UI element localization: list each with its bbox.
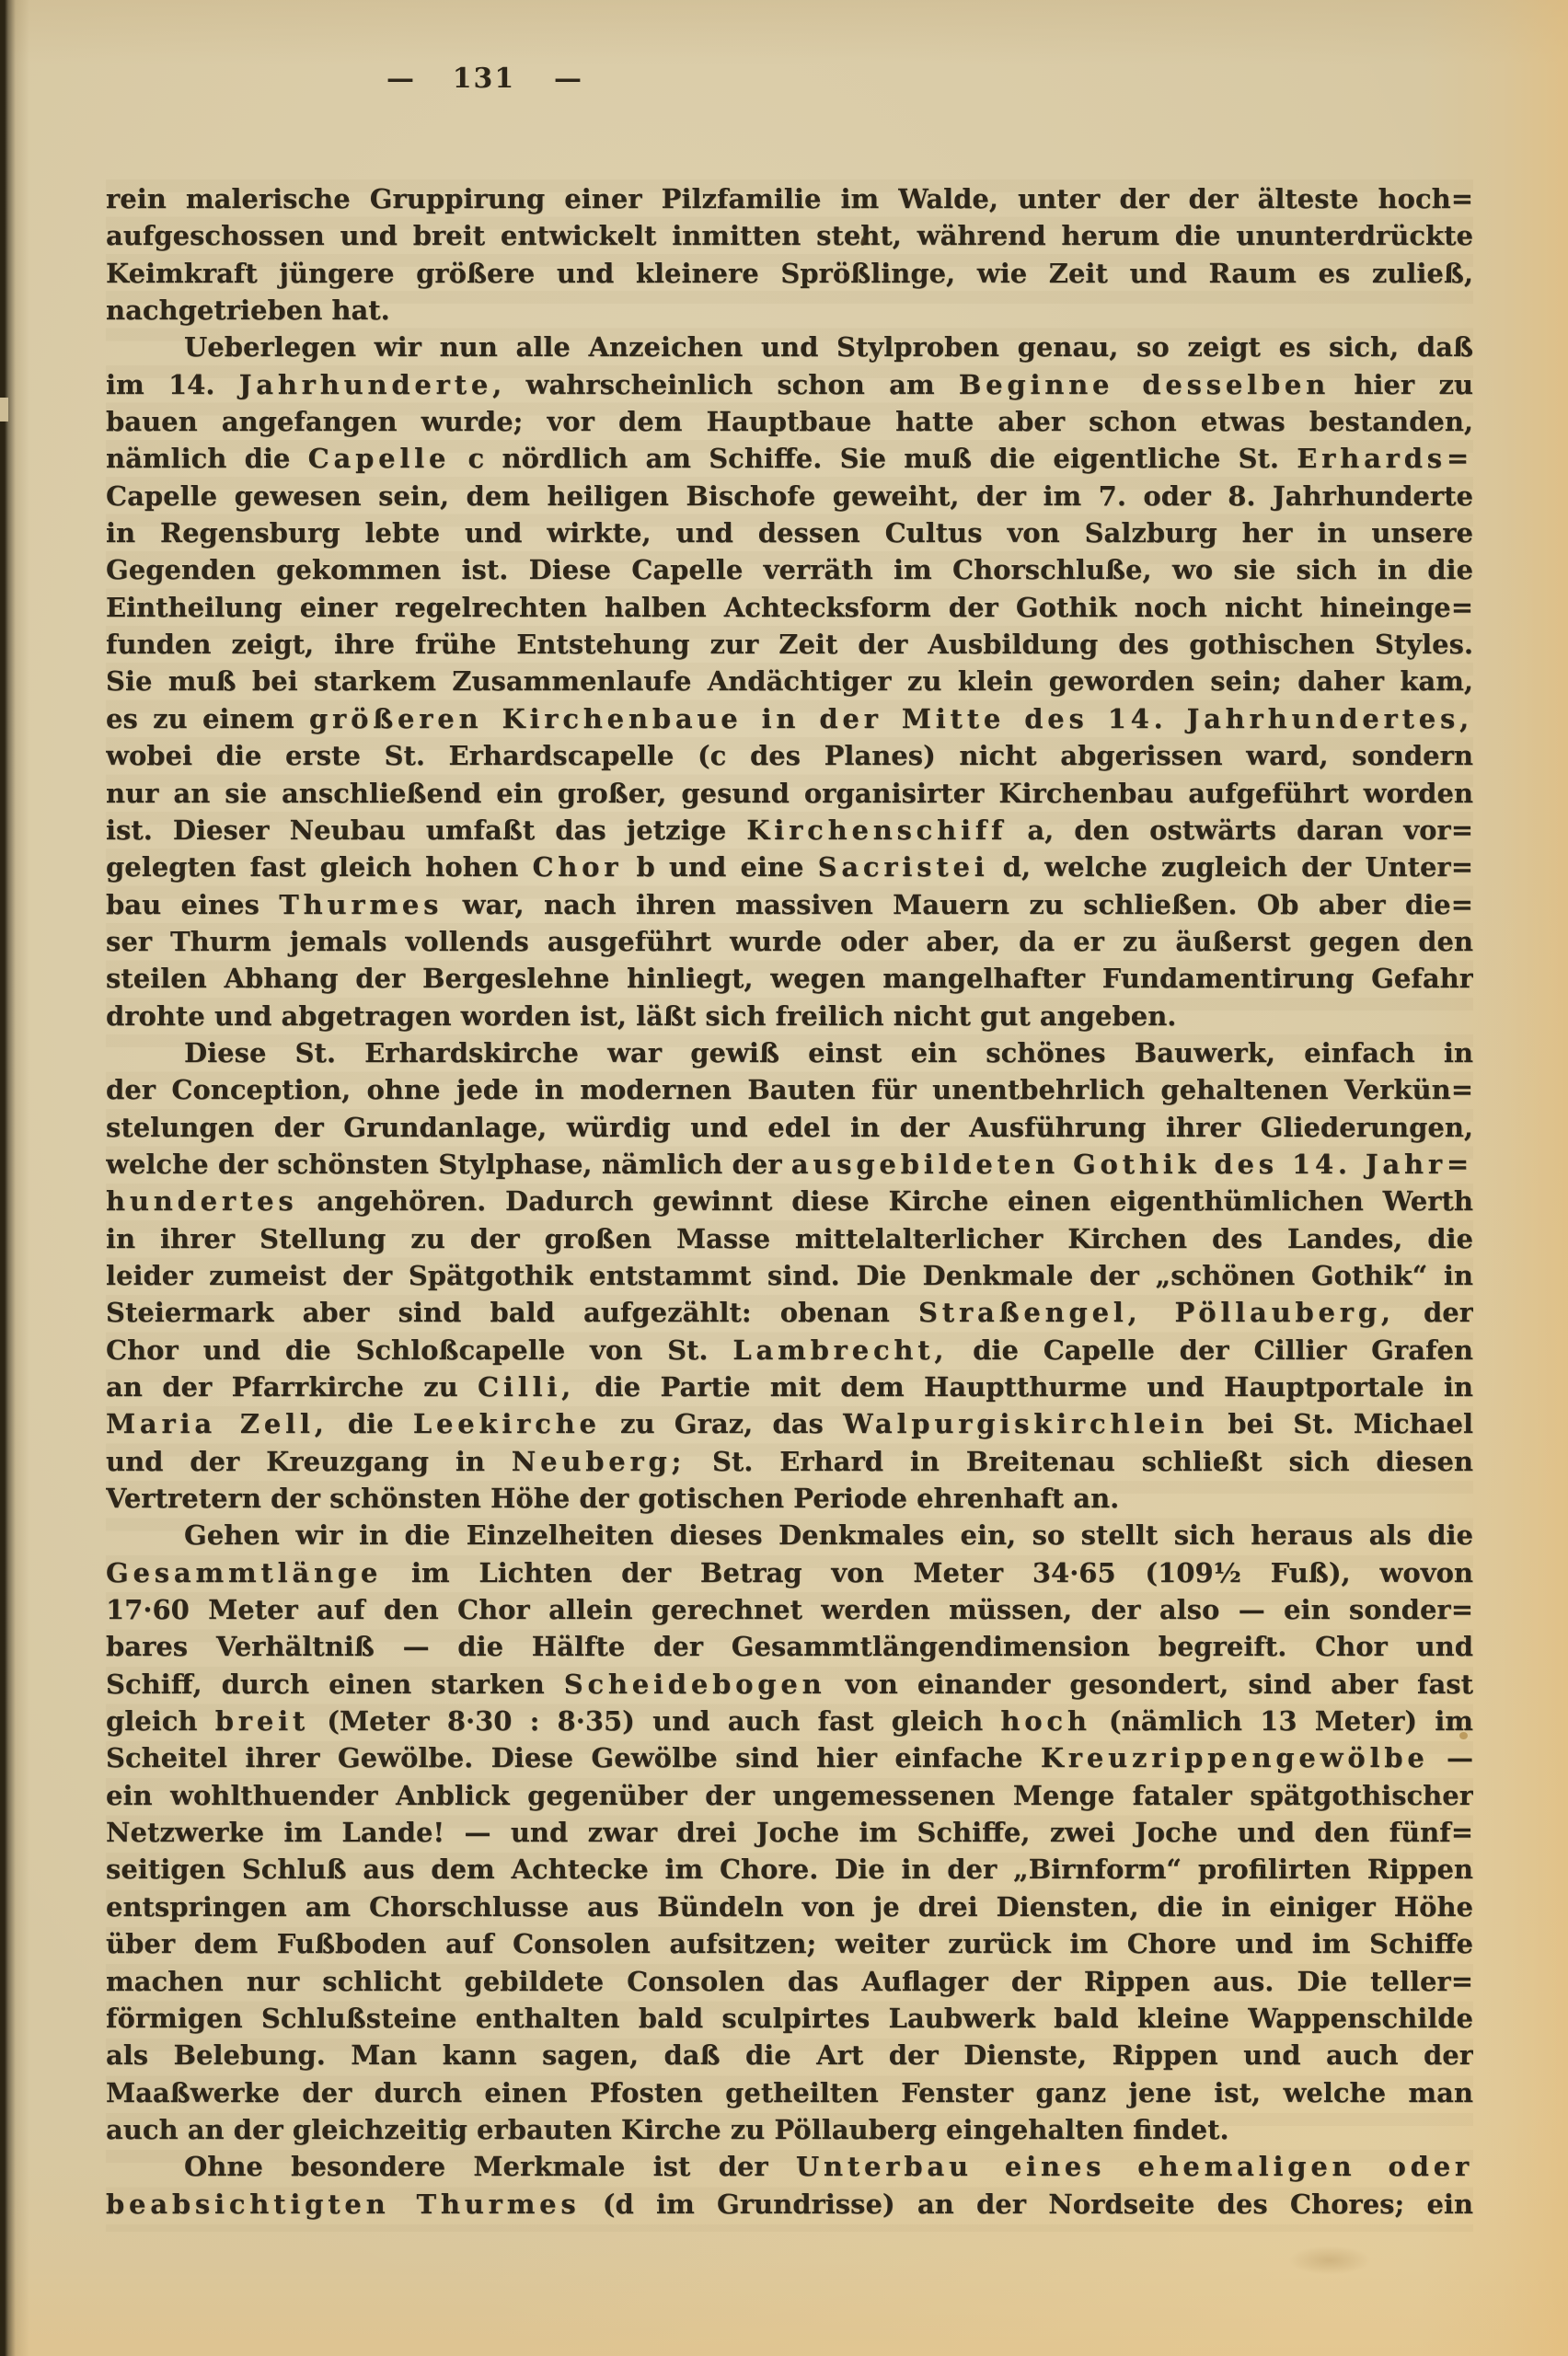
paper-stain [1288,2246,1371,2275]
text-segment: der [1395,1297,1473,1328]
text-segment: Vertretern der schönsten Höhe der gotisc… [106,1483,1119,1514]
text-segment: gelegten fast gleich hohen [106,851,532,883]
text-line: rein malerische Gruppirung einer Pilzfam… [106,180,1473,217]
text-line: Gesammtlänge im Lichten der Betrag von M… [106,1554,1473,1591]
text-segment: c nördlich am Schiffe. Sie muß die eigen… [450,443,1297,474]
text-line: Steiermark aber sind bald aufgezählt: ob… [106,1294,1473,1331]
text-line: Eintheilung einer regelrechten halben Ac… [106,589,1473,626]
text-segment: , wahrscheinlich schon am [492,369,959,400]
text-block: rein malerische Gruppirung einer Pilzfam… [106,180,1473,2223]
text-segment: — [1429,1742,1473,1773]
text-line: Keimkraft jüngere größere und kleinere S… [106,255,1473,292]
text-segment: förmigen Schlußsteine enthalten bald scu… [106,2003,1473,2034]
text-segment: als Belebung. Man kann sagen, daß die Ar… [106,2039,1473,2071]
text-line: Capelle gewesen sein, dem heiligen Bisch… [106,478,1473,514]
letterspaced-text: Neuberg; [512,1446,686,1477]
text-segment: Eintheilung einer regelrechten halben Ac… [106,592,1473,623]
text-segment: Ueberlegen wir nun alle Anzeichen und St… [184,331,1473,363]
text-segment: a, den ostwärts daran vor= [1007,814,1473,846]
text-line: in Regensburg lebte und wirkte, und dess… [106,514,1473,551]
text-segment: nur an sie anschließend ein großer, gesu… [106,778,1473,809]
letterspaced-text: breit [215,1705,309,1737]
text-line: Sie muß bei starkem Zusammenlaufe Andäch… [106,663,1473,699]
text-segment: bau eines [106,889,279,920]
text-segment: auch an der gleichzeitig erbauten Kirche… [106,2114,1229,2145]
text-line: es zu einem größeren Kirchenbaue in der … [106,700,1473,737]
letterspaced-text: Thurmes [279,889,443,920]
letterspaced-text: Leekirche [413,1408,601,1439]
text-line: förmigen Schlußsteine enthalten bald scu… [106,2000,1473,2037]
text-segment: die Partie mit dem Hauptthurme und Haupt… [575,1371,1473,1403]
text-line: wobei die erste St. Erhardscapelle (c de… [106,737,1473,774]
letterspaced-text: Beginne desselben [959,369,1330,400]
text-line: seitigen Schluß aus dem Achtecke im Chor… [106,1851,1473,1888]
text-line: an der Pfarrkirche zu Cilli, die Partie … [106,1369,1473,1405]
letterspaced-text: Scheidebogen [564,1669,826,1700]
text-segment: bei St. Michael [1208,1408,1473,1439]
letterspaced-text: Walpurgiskirchlein [843,1408,1208,1439]
text-line: steilen Abhang der Bergeslehne hinliegt,… [106,960,1473,997]
text-segment: Ohne besondere Merkmale ist der [184,2151,796,2182]
text-segment: stelungen der Grundanlage, würdig und ed… [106,1112,1473,1143]
text-segment: Diese St. Erhardskirche war gewiß einst … [184,1037,1473,1068]
text-segment: (nämlich 13 Meter) im [1091,1705,1473,1737]
text-line: Gegenden gekommen ist. Diese Capelle ver… [106,551,1473,588]
text-segment: steilen Abhang der Bergeslehne hinliegt,… [106,963,1473,994]
text-segment: war, nach ihren massiven Mauern zu schli… [443,889,1473,920]
text-segment: Sie muß bei starkem Zusammenlaufe Andäch… [106,665,1473,697]
text-segment: welche der schönsten Stylphase, nämlich … [106,1149,791,1180]
text-line: Schiff, durch einen starken Scheidebogen… [106,1666,1473,1703]
text-line: funden zeigt, ihre frühe Entstehung zur … [106,626,1473,663]
text-segment: die Capelle der Cillier Grafen [948,1334,1473,1366]
letterspaced-text: Sacristei [818,851,989,883]
text-segment: zu Graz, das [601,1408,843,1439]
text-line: 17·60 Meter auf den Chor allein gerechne… [106,1591,1473,1628]
text-segment: leider zumeist der Spätgothik entstammt … [106,1260,1473,1291]
text-segment: machen nur schlicht gebildete Consolen d… [106,1966,1473,1997]
text-line: bares Verhältniß — die Hälfte der Gesamm… [106,1628,1473,1665]
letterspaced-text: Gesammtlänge [106,1557,382,1588]
text-segment: b und eine [622,851,817,883]
text-segment: ser Thurm jemals vollends ausgeführt wur… [106,926,1473,957]
text-segment: entspringen am Chorschlusse aus Bündeln … [106,1891,1473,1923]
text-line: leider zumeist der Spätgothik entstammt … [106,1257,1473,1294]
text-segment: gleich [106,1705,215,1737]
text-line: bauen angefangen wurde; vor dem Hauptbau… [106,403,1473,440]
text-line: hundertes angehören. Dadurch gewinnt die… [106,1183,1473,1219]
text-line: als Belebung. Man kann sagen, daß die Ar… [106,2037,1473,2073]
text-segment: funden zeigt, ihre frühe Entstehung zur … [106,629,1473,660]
text-segment: Netzwerke im Lande! — und zwar drei Joch… [106,1817,1473,1848]
book-page-scan: — 131 — rein malerische Gruppirung einer… [0,0,1568,2356]
text-segment: drohte und abgetragen worden ist, läßt s… [106,1000,1176,1032]
text-segment: rein malerische Gruppirung einer Pilzfam… [106,183,1473,214]
letterspaced-text: Kirchenschiff [746,814,1007,846]
text-segment: Steiermark aber sind bald aufgezählt: ob… [106,1297,918,1328]
text-line: Maaßwerke der durch einen Pfosten gethei… [106,2074,1473,2111]
folio-dash-left: — [386,63,414,95]
text-line: stelungen der Grundanlage, würdig und ed… [106,1109,1473,1146]
text-segment: aufgeschossen und breit entwickelt inmit… [106,220,1473,251]
text-line: Diese St. Erhardskirche war gewiß einst … [106,1034,1473,1071]
text-segment: ist. Dieser Neubau umfaßt das jetzige [106,814,746,846]
letterspaced-text: Unterbau eines ehemaligen oder [796,2151,1473,2182]
letterspaced-text: Capelle [308,443,451,474]
letterspaced-text: Chor [532,851,622,883]
text-segment: Gehen wir in die Einzelheiten dieses Den… [184,1519,1473,1551]
text-segment: an der Pfarrkirche zu [106,1371,478,1403]
text-line: Ueberlegen wir nun alle Anzeichen und St… [106,329,1473,365]
text-segment: 17·60 Meter auf den Chor allein gerechne… [106,1594,1473,1625]
text-segment: Chor und die Schloßcapelle von St. [106,1334,732,1366]
letterspaced-text: Erhards= [1297,443,1473,474]
text-line: über dem Fußboden auf Consolen aufsitzen… [106,1925,1473,1962]
text-segment: (Meter 8·30 : 8·35) und auch fast gleich [309,1705,1000,1737]
binding-edge-gap [0,398,8,422]
text-line: ein wohlthuender Anblick gegenüber der u… [106,1777,1473,1814]
letterspaced-text: größeren Kirchenbaue in der Mitte des 14… [309,703,1473,734]
text-line: auch an der gleichzeitig erbauten Kirche… [106,2111,1473,2148]
text-segment: angehören. Dadurch gewinnt diese Kirche … [298,1185,1474,1217]
text-segment: St. Erhard in Breitenau schließt sich di… [686,1446,1473,1477]
text-line: gleich breit (Meter 8·30 : 8·35) und auc… [106,1703,1473,1739]
text-segment: der Conception, ohne jede in modernen Ba… [106,1074,1473,1105]
text-segment: und der Kreuzgang in [106,1446,512,1477]
letterspaced-text: hundertes [106,1185,298,1217]
text-line: nur an sie anschließend ein großer, gesu… [106,775,1473,812]
text-segment: Capelle gewesen sein, dem heiligen Bisch… [106,480,1473,512]
text-segment: im Lichten der Betrag von Meter 34·65 (1… [382,1557,1473,1588]
text-line: Chor und die Schloßcapelle von St. Lambr… [106,1332,1473,1369]
text-segment: im 14. [106,369,239,400]
letterspaced-text: Straßengel, Pöllauberg, [918,1297,1395,1328]
text-segment: Keimkraft jüngere größere und kleinere S… [106,258,1473,289]
text-line: machen nur schlicht gebildete Consolen d… [106,1963,1473,2000]
text-segment: die [329,1408,413,1439]
text-line: ist. Dieser Neubau umfaßt das jetzige Ki… [106,812,1473,849]
text-line: nämlich die Capelle c nördlich am Schiff… [106,440,1473,477]
text-segment: von einander gesondert, sind aber fast [825,1669,1473,1700]
text-line: ser Thurm jemals vollends ausgeführt wur… [106,923,1473,960]
text-segment: (d im Grundrisse) an der Nordseite des C… [581,2189,1473,2220]
text-segment: es zu einem [106,703,309,734]
text-line: welche der schönsten Stylphase, nämlich … [106,1146,1473,1183]
text-segment: hier zu [1330,369,1473,400]
folio-dash-right: — [554,63,582,95]
letterspaced-text: Lambrecht, [732,1334,948,1366]
text-line: nachgetrieben hat. [106,292,1473,329]
text-line: in ihrer Stellung zu der großen Masse mi… [106,1220,1473,1257]
text-line: bau eines Thurmes war, nach ihren massiv… [106,886,1473,923]
page-number-header: — 131 — [386,63,582,95]
text-segment: bares Verhältniß — die Hälfte der Gesamm… [106,1631,1473,1662]
text-line: und der Kreuzgang in Neuberg; St. Erhard… [106,1443,1473,1480]
text-segment: bauen angefangen wurde; vor dem Hauptbau… [106,406,1473,437]
page-number: 131 [453,63,516,95]
text-segment: ein wohlthuender Anblick gegenüber der u… [106,1780,1473,1811]
text-line: gelegten fast gleich hohen Chor b und ei… [106,849,1473,885]
letterspaced-text: Kreuzrippengewölbe [1041,1742,1429,1773]
text-line: beabsichtigten Thurmes (d im Grundrisse)… [106,2186,1473,2223]
letterspaced-text: ausgebildeten Gothik des 14. Jahr= [791,1149,1473,1180]
text-segment: wobei die erste St. Erhardscapelle (c de… [106,740,1473,771]
text-segment: nämlich die [106,443,308,474]
letterspaced-text: beabsichtigten Thurmes [106,2189,581,2220]
text-line: drohte und abgetragen worden ist, läßt s… [106,998,1473,1034]
text-line: Netzwerke im Lande! — und zwar drei Joch… [106,1814,1473,1851]
text-segment: über dem Fußboden auf Consolen aufsitzen… [106,1928,1473,1959]
letterspaced-text: Cilli, [478,1371,575,1403]
text-segment: nachgetrieben hat. [106,294,390,326]
letterspaced-text: Maria Zell, [106,1408,329,1439]
text-line: Scheitel ihrer Gewölbe. Diese Gewölbe si… [106,1739,1473,1776]
text-line: entspringen am Chorschlusse aus Bündeln … [106,1888,1473,1925]
text-segment: Gegenden gekommen ist. Diese Capelle ver… [106,554,1473,585]
text-segment: in ihrer Stellung zu der großen Masse mi… [106,1223,1473,1254]
text-line: der Conception, ohne jede in modernen Ba… [106,1071,1473,1108]
text-line: aufgeschossen und breit entwickelt inmit… [106,217,1473,254]
text-segment: d, welche zugleich der Unter= [989,851,1473,883]
text-segment: Scheitel ihrer Gewölbe. Diese Gewölbe si… [106,1742,1041,1773]
text-line: Maria Zell, die Leekirche zu Graz, das W… [106,1405,1473,1442]
text-segment: Maaßwerke der durch einen Pfosten gethei… [106,2077,1473,2108]
letterspaced-text: hoch [1000,1705,1090,1737]
text-line: im 14. Jahrhunderte, wahrscheinlich scho… [106,366,1473,403]
letterspaced-text: Jahrhunderte [239,369,492,400]
text-segment: in Regensburg lebte und wirkte, und dess… [106,517,1473,549]
text-line: Gehen wir in die Einzelheiten dieses Den… [106,1517,1473,1553]
text-segment: Schiff, durch einen starken [106,1669,564,1700]
text-segment: seitigen Schluß aus dem Achtecke im Chor… [106,1854,1473,1885]
text-line: Ohne besondere Merkmale ist der Unterbau… [106,2148,1473,2185]
text-line: Vertretern der schönsten Höhe der gotisc… [106,1480,1473,1517]
